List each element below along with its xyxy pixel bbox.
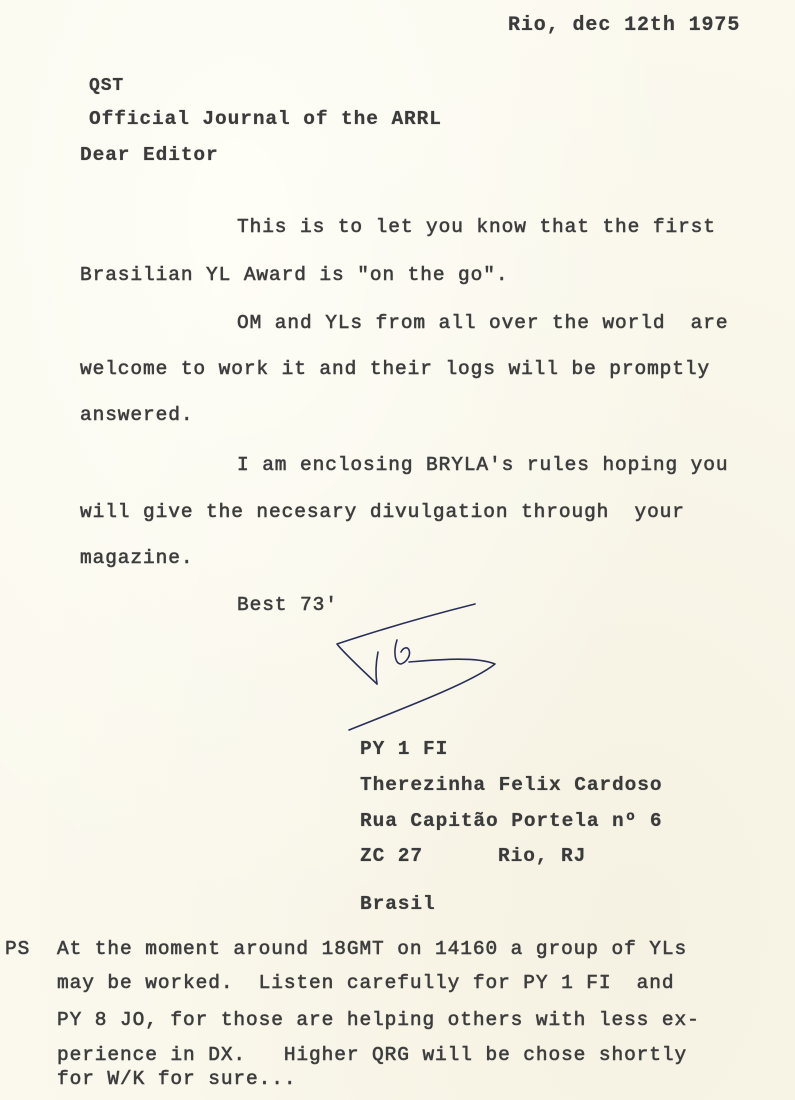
postscript-line-4: perience in DX. Higher QRG will be chose… <box>57 1044 687 1066</box>
sender-zone: ZC 27 <box>360 845 423 867</box>
postscript-line-1: At the moment around 18GMT on 14160 a gr… <box>57 938 687 960</box>
sender-street: Rua Capitão Portela nº 6 <box>360 810 662 832</box>
body-paragraph-2-line-1: OM and YLs from all over the world are <box>237 312 728 334</box>
sender-country: Brasil <box>360 893 436 915</box>
salutation: Dear Editor <box>80 144 219 166</box>
postscript-line-5: for W/K for sure... <box>57 1068 296 1090</box>
postscript-line-3: PY 8 JO, for those are helping others wi… <box>57 1009 700 1031</box>
body-paragraph-1-line-2: Brasilian YL Award is "on the go". <box>80 264 508 286</box>
body-paragraph-3-line-1: I am enclosing BRYLA's rules hoping you <box>237 454 728 476</box>
body-paragraph-1-line-1: This is to let you know that the first <box>237 216 716 238</box>
sender-city: Rio, RJ <box>498 845 586 867</box>
sender-name: Therezinha Felix Cardoso <box>360 774 662 796</box>
postscript-line-2: may be worked. Listen carefully for PY 1… <box>57 972 675 994</box>
body-paragraph-2-line-2: welcome to work it and their logs will b… <box>80 358 710 380</box>
date-line: Rio, dec 12th 1975 <box>508 14 740 37</box>
letter-page: Rio, dec 12th 1975 QST Official Journal … <box>0 0 795 1100</box>
postscript-label: PS <box>5 938 30 960</box>
recipient-publication: QST <box>89 76 124 96</box>
sender-callsign: PY 1 FI <box>360 738 448 760</box>
handwritten-signature-icon <box>325 600 515 735</box>
recipient-description: Official Journal of the ARRL <box>89 108 442 130</box>
body-paragraph-3-line-2: will give the necesary divulgation throu… <box>80 501 685 523</box>
closing: Best 73' <box>237 594 338 616</box>
body-paragraph-3-line-3: magazine. <box>80 547 193 569</box>
body-paragraph-2-line-3: answered. <box>80 404 193 426</box>
